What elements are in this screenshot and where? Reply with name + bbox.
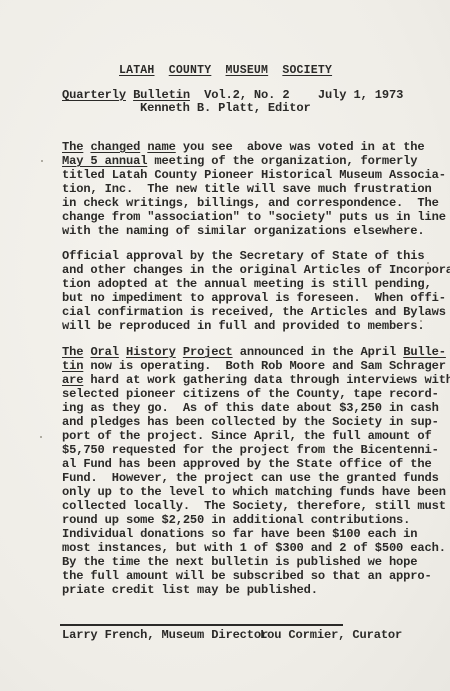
underlined-word: History (126, 345, 176, 359)
org-word: LATAH (119, 64, 155, 77)
p1-line: titled Latah County Pioneer Historical M… (62, 168, 446, 183)
p3-line: port of the project. Since April, the fu… (62, 429, 432, 444)
issue-date: July 1, 1973 (318, 88, 403, 102)
p3-line: The Oral History Project announced in th… (62, 345, 446, 360)
p2-line: will be reproduced in full and provided … (62, 319, 424, 334)
p2-line: Official approval by the Secretary of St… (62, 249, 424, 264)
underlined-word: The (62, 345, 83, 359)
bulletin-label: Quarterly (62, 88, 126, 102)
underlined-word: are (62, 373, 83, 387)
underlined-word: changed (90, 140, 140, 154)
org-title: LATAH COUNTY MUSEUM SOCIETY (119, 63, 332, 78)
p3-line: ing as they go. As of this date about $3… (62, 401, 439, 416)
underlined-word: Project (183, 345, 233, 359)
p3-line: priate credit list may be published. (62, 583, 318, 598)
p3-line: By the time the next bulletin is publish… (62, 555, 417, 570)
underlined-word: Bulle- (403, 345, 446, 359)
p3-line: only up to the level to which matching f… (62, 485, 446, 500)
text-run: announced in the April (233, 345, 404, 359)
p3-line: round up some $2,250 in additional contr… (62, 513, 410, 528)
org-word: MUSEUM (226, 64, 269, 77)
p2-line: and other changes in the original Articl… (62, 263, 450, 278)
p3-line: tin now is operating. Both Rob Moore and… (62, 359, 446, 374)
bulletin-label: Bulletin (133, 88, 190, 102)
p3-line: collected locally. The Society, therefor… (62, 499, 446, 514)
p2-line: cial confirmation is received, the Artic… (62, 305, 446, 320)
bulletin-page: LATAH COUNTY MUSEUM SOCIETY Quarterly Bu… (0, 0, 450, 691)
p3-line: al Fund has been approved by the State o… (62, 457, 432, 472)
scan-speck (41, 160, 43, 162)
text-run: hard at work gathering data through inte… (83, 373, 450, 387)
p3-line: and pledges has been collected by the So… (62, 415, 439, 430)
p2-line: but no impediment to approval is foresee… (62, 291, 446, 306)
p3-line: are hard at work gathering data through … (62, 373, 450, 388)
underlined-word: annual (98, 154, 148, 168)
editor-line: Kenneth B. Platt, Editor (140, 101, 311, 116)
p3-line: Individual donations so far have been $1… (62, 527, 417, 542)
footer-curator: Lou Cormier, Curator (260, 628, 402, 643)
volume-number: Vol.2, No. 2 (204, 88, 289, 102)
p3-line: the full amount will be subscribed so th… (62, 569, 432, 584)
org-word: SOCIETY (282, 64, 332, 77)
p1-line: change from "association" to "society" p… (62, 210, 446, 225)
p1-line: tion, Inc. The new title will save much … (62, 182, 432, 197)
underlined-word: May 5 (62, 154, 98, 168)
footer-director: Larry French, Museum Director (62, 628, 268, 643)
p1-line: with the naming of similar organizations… (62, 224, 424, 239)
text-run: meeting of the organization, formerly (147, 154, 417, 168)
p3-line: $5,750 requested for the project from th… (62, 443, 439, 458)
scan-speck (40, 436, 42, 438)
org-word: COUNTY (169, 64, 212, 77)
p3-line: selected pioneer citizens of the County,… (62, 387, 439, 402)
underlined-word: name (147, 140, 175, 154)
text-run: now is operating. Both Rob Moore and Sam… (83, 359, 445, 373)
p2-line: tion adopted at the annual meeting is st… (62, 277, 432, 292)
p1-line: in check writings, billings, and corresp… (62, 196, 439, 211)
scan-speck (420, 320, 422, 322)
underlined-word: The (62, 140, 83, 154)
underlined-word: Oral (90, 345, 118, 359)
p1-line: May 5 annual meeting of the organization… (62, 154, 417, 169)
text-run: you see above was voted in at the (176, 140, 425, 154)
footer-rule (60, 624, 343, 626)
p3-line: Fund. However, the project can use the g… (62, 471, 439, 486)
p1-line: The changed name you see above was voted… (62, 140, 425, 155)
underlined-word: tin (62, 359, 83, 373)
p3-line: most instances, but with 1 of $300 and 2… (62, 541, 446, 556)
scan-speck (427, 262, 429, 264)
